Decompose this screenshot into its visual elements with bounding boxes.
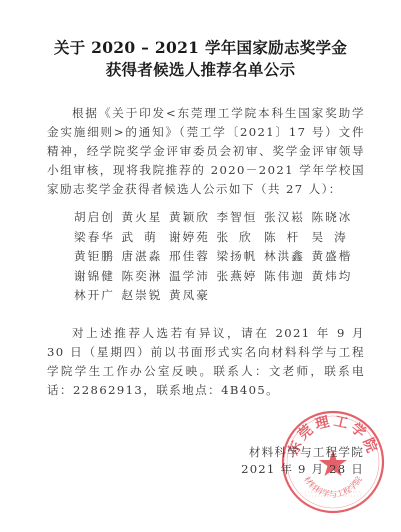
- candidate-row: 林开广 赵崇锐 黄凤豪: [74, 286, 374, 306]
- candidate-name: 张燕婷: [217, 267, 265, 287]
- candidate-name: 谢婷苑: [169, 228, 217, 248]
- candidate-name: 武萌: [122, 228, 170, 248]
- candidate-row: 胡启创 黄火星 黄颖欣 李智恒 张汉崧 陈晓冰: [74, 208, 374, 228]
- candidate-name: 陈杆: [264, 228, 312, 248]
- intro-paragraph: 根据《关于印发<东莞理工学院本科生国家奖助学金实施细则>的通知》（莞工学〔202…: [47, 104, 365, 199]
- candidate-row: 黄钜鹏 唐湛淼 邢佳蓉 梁扬帆 林洪鑫 黄盛楷: [74, 247, 374, 267]
- seal-bottom-text: 材料科学与工程学院: [302, 474, 364, 499]
- candidate-name: 陈晓冰: [312, 208, 360, 228]
- candidate-name: 唐湛淼: [122, 247, 170, 267]
- candidate-name: 林开广: [74, 286, 122, 306]
- candidate-name: 张汉崧: [264, 208, 312, 228]
- svg-text:材料科学与工程学院: 材料科学与工程学院: [302, 474, 364, 499]
- candidate-name: 温学沛: [169, 267, 217, 287]
- signature-organization: 材料科学与工程学院: [249, 444, 364, 460]
- candidate-name: 黄凤豪: [169, 286, 217, 306]
- signature-date: 2021 年 9 月 28 日: [241, 461, 364, 477]
- candidate-list: 胡启创 黄火星 黄颖欣 李智恒 张汉崧 陈晓冰 梁春华 武萌 谢婷苑 张欣 陈杆…: [74, 208, 374, 306]
- candidate-name: 谢锦健: [74, 267, 122, 287]
- candidate-name: 黄颖欣: [169, 208, 217, 228]
- candidate-name: 黄火星: [122, 208, 170, 228]
- candidate-name: 黄盛楷: [312, 247, 360, 267]
- candidate-name: 黄炜均: [312, 267, 360, 287]
- candidate-name: 梁扬帆: [217, 247, 265, 267]
- candidate-name: 梁春华: [74, 228, 122, 248]
- objection-paragraph: 对上述推荐人选若有异议，请在 2021 年 9 月 30 日（星期四）前以书面形…: [47, 324, 365, 400]
- candidate-name: 胡启创: [74, 208, 122, 228]
- candidate-name: 陈奕淋: [122, 267, 170, 287]
- candidate-name: 黄钜鹏: [74, 247, 122, 267]
- candidate-name: 张欣: [217, 228, 265, 248]
- candidate-name: 陈伟迦: [264, 267, 312, 287]
- document-title-line-1: 关于 2020 – 2021 学年国家励志奖学金: [0, 38, 401, 58]
- candidate-row: 谢锦健 陈奕淋 温学沛 张燕婷 陈伟迦 黄炜均: [74, 267, 374, 287]
- document-title-line-2: 获得者候选人推荐名单公示: [0, 60, 401, 80]
- candidate-row: 梁春华 武萌 谢婷苑 张欣 陈杆 吴涛: [74, 228, 374, 248]
- candidate-name: 赵崇锐: [122, 286, 170, 306]
- candidate-name: 邢佳蓉: [169, 247, 217, 267]
- candidate-name: 李智恒: [217, 208, 265, 228]
- candidate-name: 吴涛: [312, 228, 360, 248]
- candidate-name: 林洪鑫: [264, 247, 312, 267]
